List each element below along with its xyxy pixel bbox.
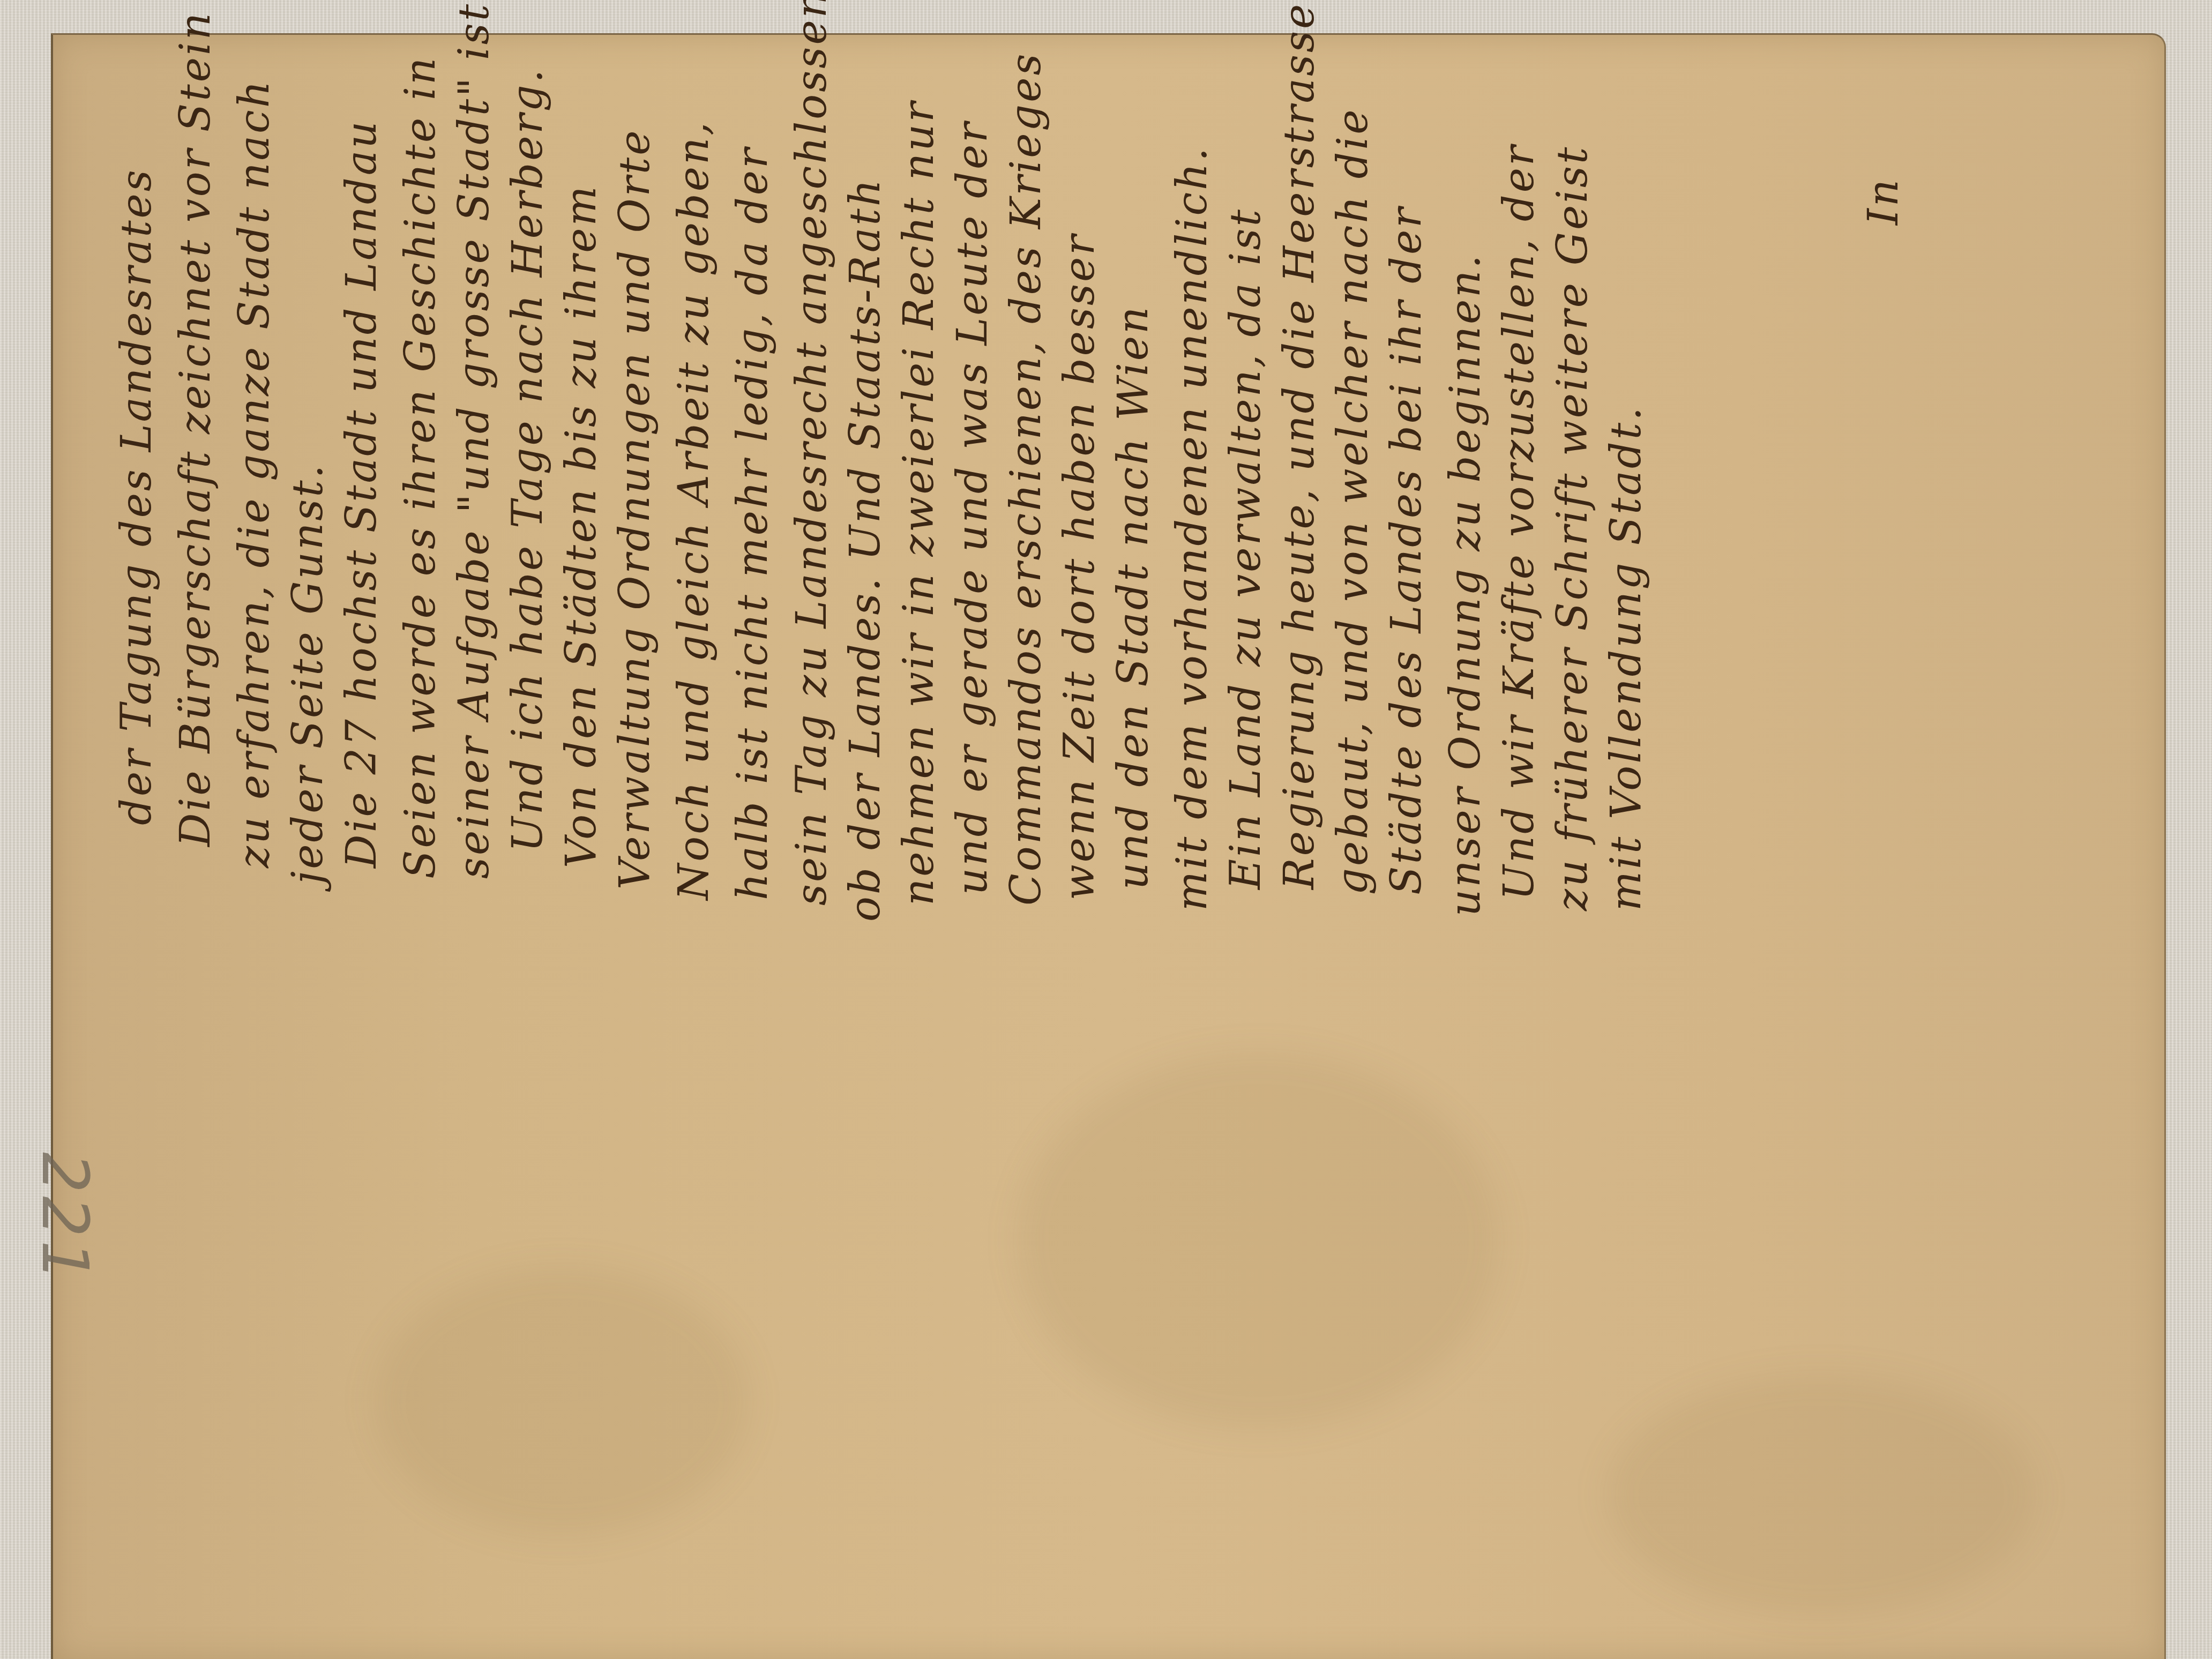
manuscript-line: nehmen wir in zweierlei Recht nur <box>895 100 943 906</box>
manuscript-line: Noch und gleich Arbeit zu geben, <box>670 120 718 900</box>
manuscript-line: halb ist nicht mehr ledig, da der <box>729 146 777 900</box>
manuscript-line: mit Vollendung Stadt. <box>1602 405 1650 911</box>
manuscript-line: Und ich habe Tage nach Herberg. <box>504 68 552 852</box>
handwritten-text-block: der Tagung des LandesratesDie Bürgerscha… <box>0 0 2212 1659</box>
manuscript-line: zu früherer Schrift weitere Geist <box>1549 145 1597 911</box>
manuscript-line: Die 27 hochst Stadt und Landau <box>338 119 386 868</box>
manuscript-line: In <box>1859 177 1908 225</box>
manuscript-line: Die Bürgerschaft zeichnet vor Stein <box>171 11 220 847</box>
manuscript-line: Regierung heute, und die Heerstrasse <box>1275 2 1324 890</box>
manuscript-line: Verwaltung Ordnungen und Orte <box>611 129 659 890</box>
manuscript-line: Von den Städten bis zu ihrem <box>557 184 606 868</box>
manuscript-line: jeder Seite Gunst. <box>284 463 332 884</box>
manuscript-line: Städte des Landes bei ihr der <box>1382 206 1431 895</box>
manuscript-line: und den Stadt nach Wien <box>1109 305 1157 890</box>
manuscript-line: wenn Zeit dort haben besser <box>1056 233 1104 900</box>
manuscript-line: Commandos erschienen, des Krieges <box>1002 52 1050 906</box>
manuscript-line: Ein Land zu verwalten, da ist <box>1222 207 1270 890</box>
manuscript-line: Seien werde es ihren Geschichte in <box>397 56 445 879</box>
manuscript-line: sein Tag zu Landesrecht angeschlossen <box>788 0 836 906</box>
manuscript-line: gebaut, und von welcher nach die <box>1329 108 1377 895</box>
manuscript-line: seiner Aufgabe "und grosse Stadt" ist <box>450 2 498 879</box>
manuscript-line: zu erfahren, die ganze Stadt nach <box>230 79 279 868</box>
manuscript-line: unser Ordnung zu beginnen. <box>1441 253 1490 916</box>
manuscript-line: der Tagung des Landesrates <box>113 168 161 825</box>
manuscript-line: und er gerade und was Leute der <box>948 121 997 895</box>
manuscript-line: mit dem vorhandenen unendlich. <box>1168 146 1216 911</box>
manuscript-line: Und wir Kräfte vorzustellen, der <box>1495 144 1543 900</box>
manuscript-line: ob der Landes. Und Staats-Rath <box>841 177 890 922</box>
